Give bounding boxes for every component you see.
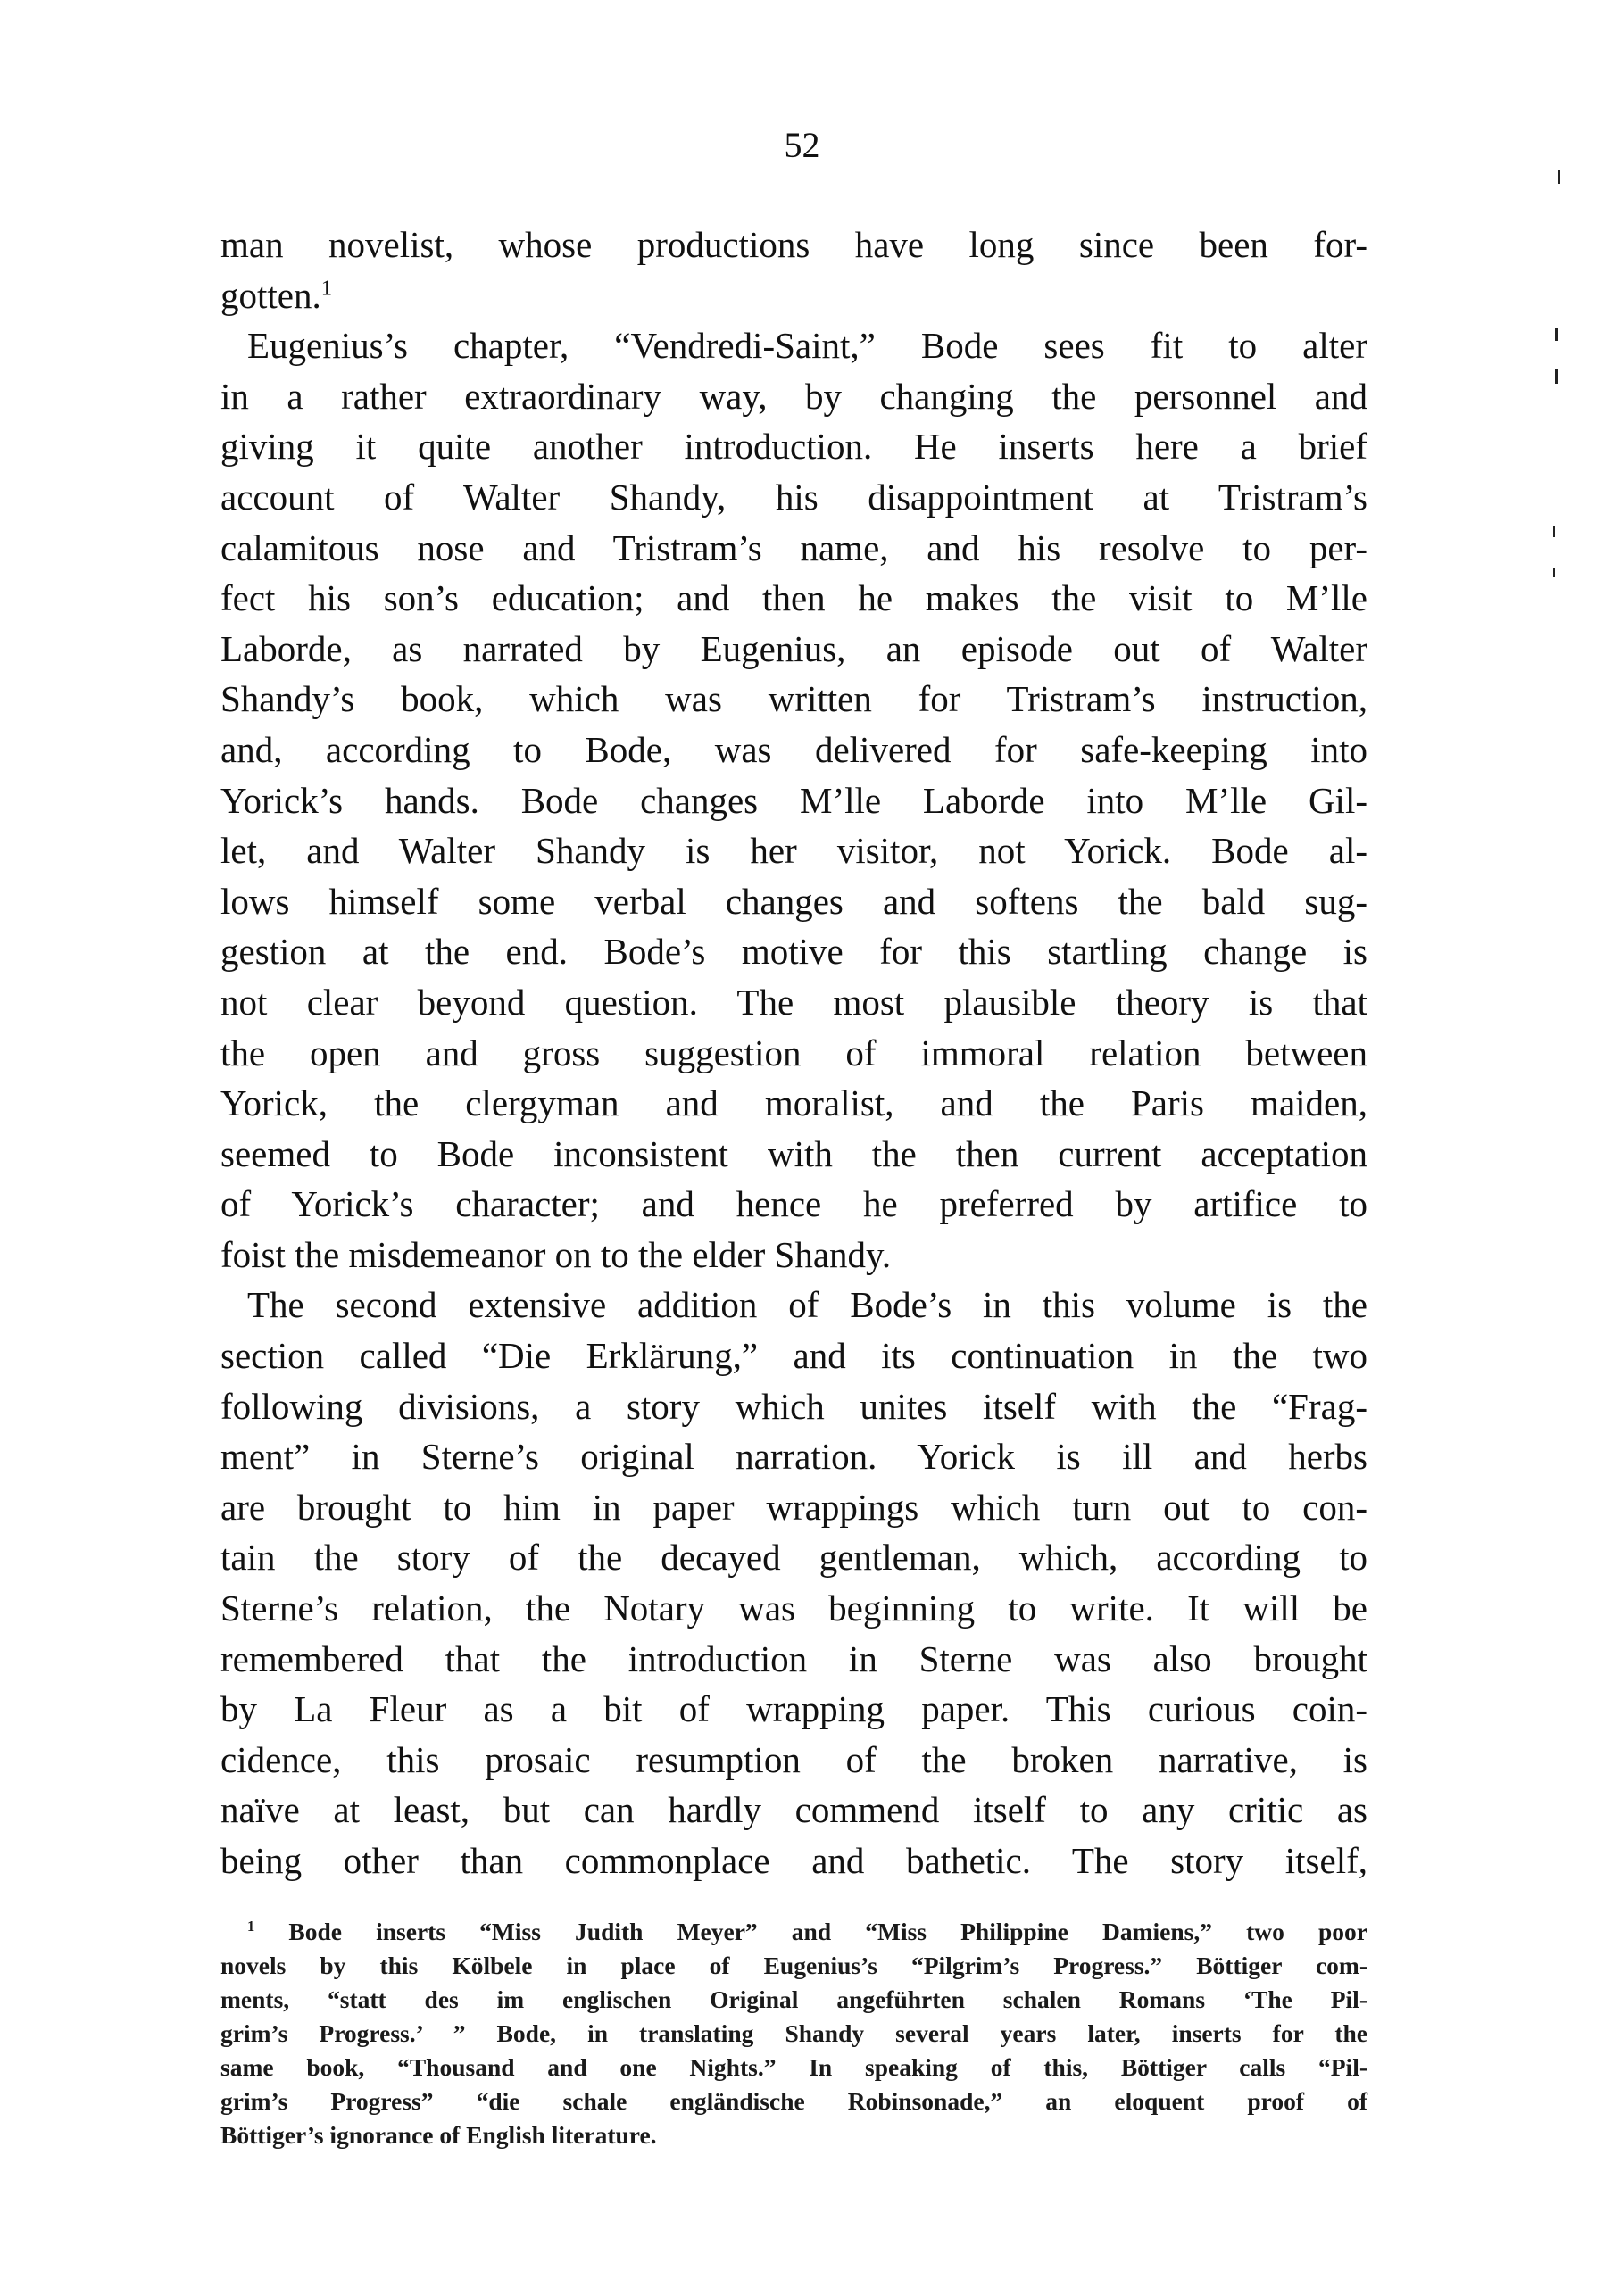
page-number: 52: [0, 123, 1604, 168]
text-line: being other than commonplace and batheti…: [220, 1836, 1367, 1886]
footnote-line: 1 Bode inserts “Miss Judith Meyer” and “…: [220, 1915, 1367, 1949]
text-line: are brought to him in paper wrappings wh…: [220, 1482, 1367, 1533]
text-line: Yorick, the clergyman and moralist, and …: [220, 1078, 1367, 1129]
text-line: gotten.1: [220, 270, 1367, 321]
footnote-line: grim’s Progress” “die schale engländisch…: [220, 2085, 1367, 2118]
paragraph-start-line: Eugenius’s chapter, “Vendredi-Saint,” Bo…: [220, 320, 1367, 371]
scan-artifact: [1555, 369, 1558, 384]
text-line: ment” in Sterne’s original narration. Yo…: [220, 1431, 1367, 1482]
text-line: not clear beyond question. The most plau…: [220, 977, 1367, 1028]
text-line: section called “Die Erklärung,” and its …: [220, 1330, 1367, 1381]
footnote-line: novels by this Kölbele in place of Eugen…: [220, 1949, 1367, 1983]
text-line: cidence, this prosaic resumption of the …: [220, 1735, 1367, 1786]
text-line: lows himself some verbal changes and sof…: [220, 876, 1367, 927]
footnote-reference[interactable]: 1: [321, 276, 332, 300]
text-line: calamitous nose and Tristram’s name, and…: [220, 523, 1367, 574]
text-line-content: gotten.: [220, 275, 321, 316]
text-line: account of Walter Shandy, his disappoint…: [220, 472, 1367, 523]
text-line: let, and Walter Shandy is her visitor, n…: [220, 825, 1367, 876]
text-line: fect his son’s education; and then he ma…: [220, 573, 1367, 624]
text-line: gestion at the end. Bode’s motive for th…: [220, 926, 1367, 977]
text-line: Laborde, as narrated by Eugenius, an epi…: [220, 624, 1367, 675]
text-line: and, according to Bode, was delivered fo…: [220, 725, 1367, 775]
footnote-line: ments, “statt des im englischen Original…: [220, 1983, 1367, 2017]
text-line: in a rather extraordinary way, by changi…: [220, 371, 1367, 422]
text-line: by La Fleur as a bit of wrapping paper. …: [220, 1684, 1367, 1735]
footnote-marker: 1: [247, 1918, 254, 1935]
text-line: Shandy’s book, which was written for Tri…: [220, 674, 1367, 725]
scan-artifact: [1553, 568, 1555, 577]
footnote-line: Böttiger’s ignorance of English literatu…: [220, 2118, 1367, 2152]
text-line: of Yorick’s character; and hence he pref…: [220, 1179, 1367, 1230]
text-line: remembered that the introduction in Ster…: [220, 1634, 1367, 1685]
text-line: tain the story of the decayed gentleman,…: [220, 1532, 1367, 1583]
text-line: seemed to Bode inconsistent with the the…: [220, 1129, 1367, 1180]
text-line: Sterne’s relation, the Notary was beginn…: [220, 1583, 1367, 1634]
text-line: following divisions, a story which unite…: [220, 1381, 1367, 1432]
footnote-block: 1 Bode inserts “Miss Judith Meyer” and “…: [220, 1915, 1367, 2152]
paragraph-end-line: foist the misdemeanor on to the elder Sh…: [220, 1230, 1367, 1281]
text-line: the open and gross suggestion of immoral…: [220, 1028, 1367, 1079]
text-line: Yorick’s hands. Bode changes M’lle Labor…: [220, 775, 1367, 826]
scan-artifact: [1555, 328, 1558, 341]
footnote-text: Bode inserts “Miss Judith Meyer” and “Mi…: [288, 1918, 1367, 1945]
body-text: man novelist, whose productions have lon…: [220, 220, 1367, 1886]
footnote-line: grim’s Progress.’ ” Bode, in translating…: [220, 2017, 1367, 2051]
text-line: man novelist, whose productions have lon…: [220, 220, 1367, 270]
paragraph-start-line: The second extensive addition of Bode’s …: [220, 1280, 1367, 1330]
text-line: giving it quite another introduction. He…: [220, 421, 1367, 472]
footnote-line: same book, “Thousand and one Nights.” In…: [220, 2051, 1367, 2085]
scan-artifact: [1558, 170, 1560, 184]
scan-artifact: [1553, 526, 1555, 537]
text-line: naïve at least, but can hardly commend i…: [220, 1785, 1367, 1836]
